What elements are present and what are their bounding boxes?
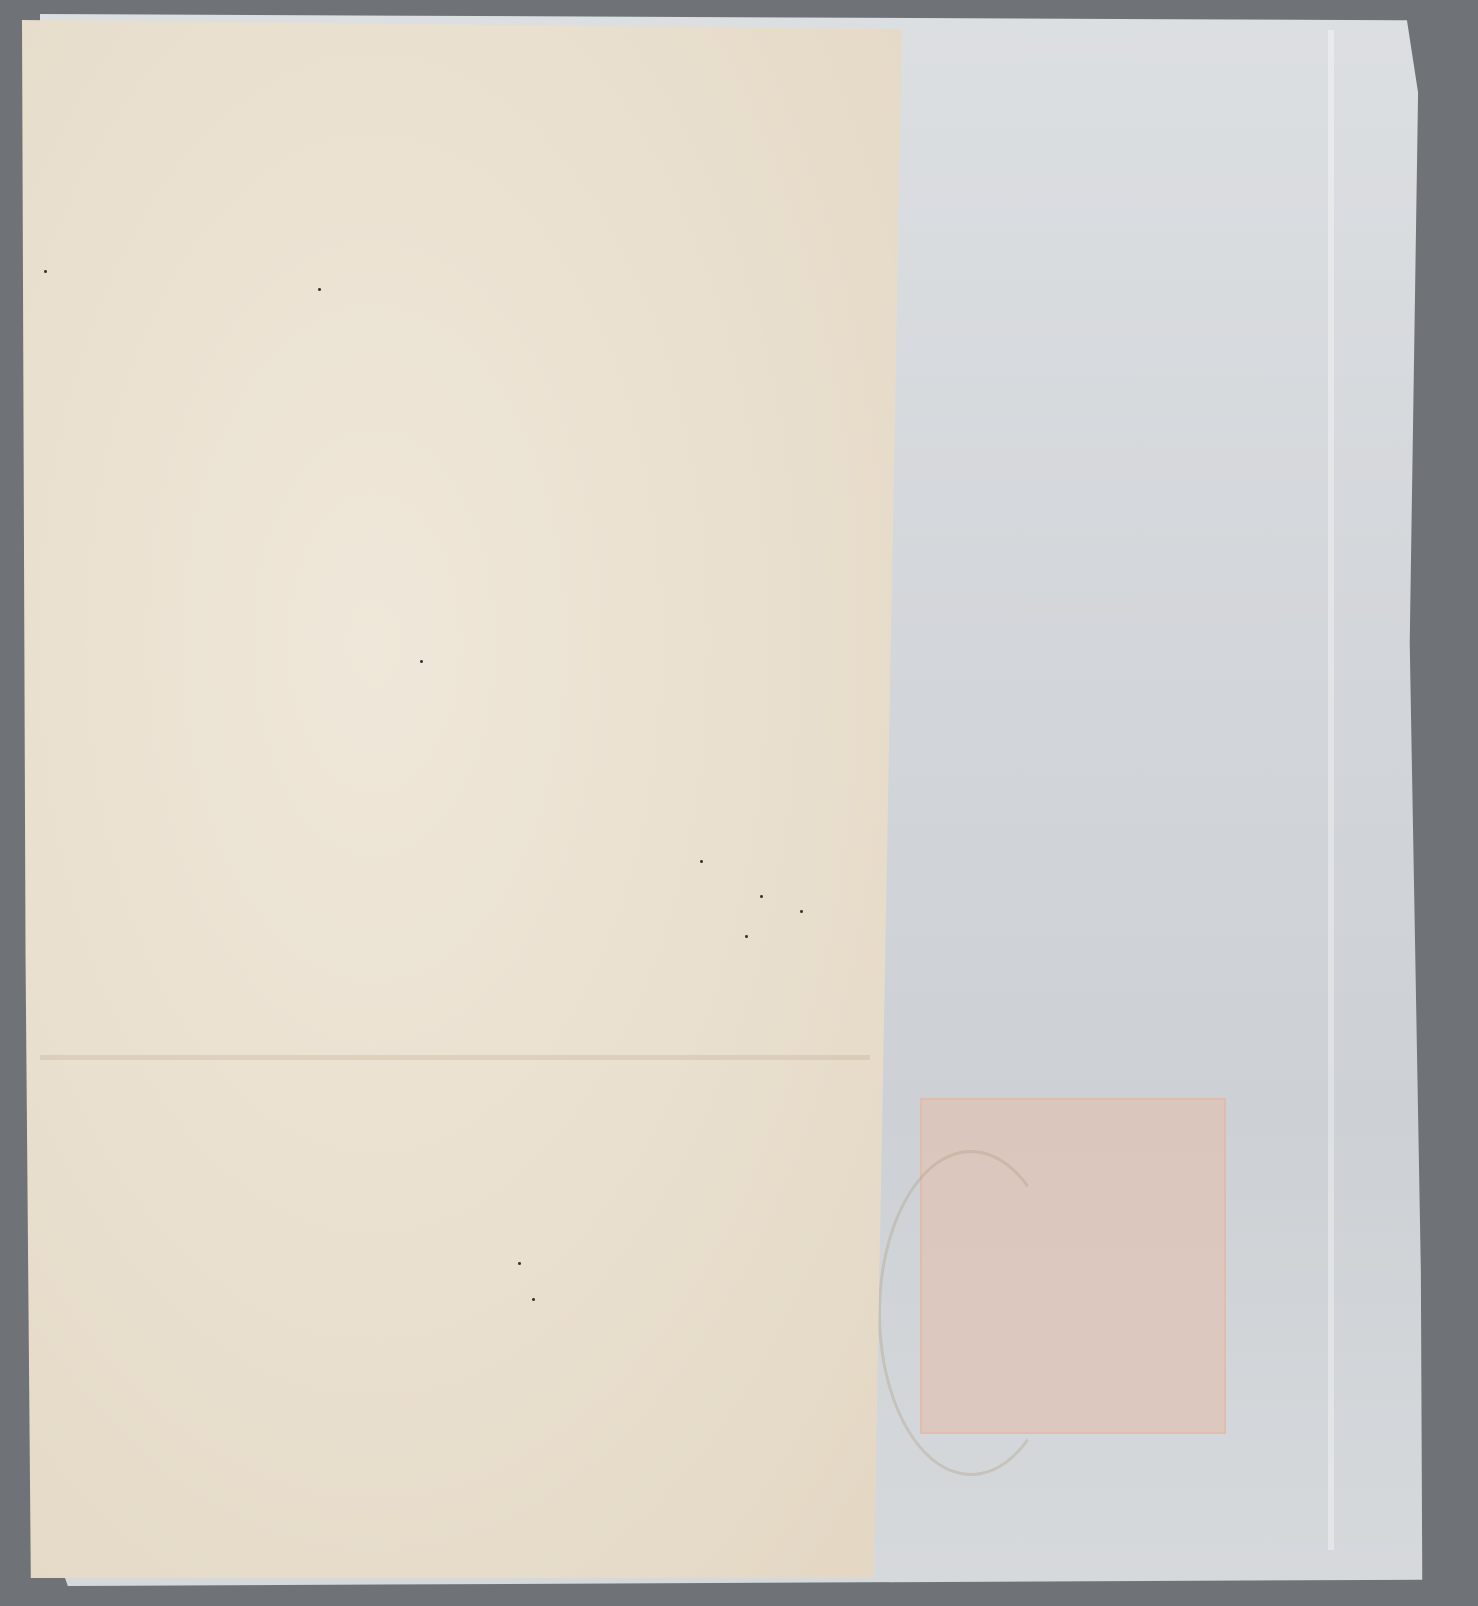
horizontal-fold-line — [40, 1055, 870, 1060]
ink-speck — [700, 860, 703, 863]
ink-speck — [532, 1298, 535, 1301]
ink-speck — [420, 660, 423, 663]
postmark-ring-show-through — [878, 1150, 1064, 1476]
vertical-fold-line — [1328, 30, 1334, 1550]
ink-speck — [760, 895, 763, 898]
ink-speck — [745, 935, 748, 938]
cream-paper-sheet — [22, 20, 902, 1578]
ink-speck — [318, 288, 321, 291]
ink-speck — [518, 1262, 521, 1265]
ink-speck — [44, 270, 47, 273]
ink-speck — [800, 910, 803, 913]
scene-description: Reverse side of a postal item: cream pap… — [0, 0, 1, 1]
